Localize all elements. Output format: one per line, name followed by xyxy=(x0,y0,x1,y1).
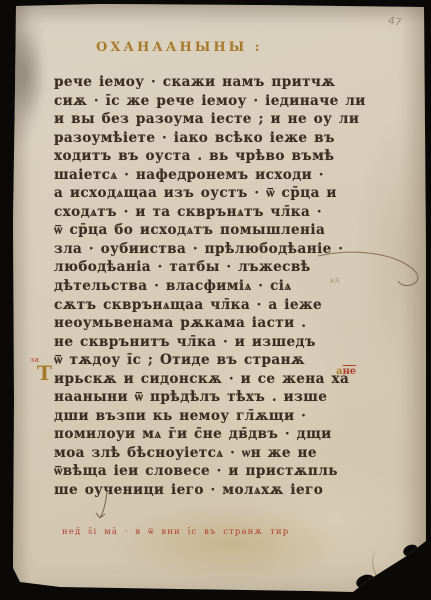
parchment-stain xyxy=(105,500,355,585)
margin-faint-note: кд xyxy=(330,275,341,284)
folio-number: 47 xyxy=(387,15,403,30)
text-line: дши възпи кь немоу гл̄ѫщи · xyxy=(54,407,366,426)
text-line: моа злѣ бѣсноуіетсѧ · ѡн же не xyxy=(54,444,366,463)
margin-zachalo-note: за xyxy=(30,355,40,364)
photo-background: 47 ОХАНААНЫНЫ : рече іемоу · скажи намъ … xyxy=(0,0,431,600)
bottom-lection-rubric: нед̄ ѕ̄і ма̄ · в ѿ вни і̄с въ странѫ тир xyxy=(62,526,289,537)
margin-lection-red-part: не xyxy=(342,366,356,377)
text-line: ѿвѣща іеи словесе · и пристѫпль xyxy=(54,462,366,481)
text-line: нааныни ѿ прѣдѣлъ тѣхъ . изше xyxy=(54,388,366,407)
parchment-hole xyxy=(354,572,376,590)
text-line: сѫтъ скврънѧщаа чл̄ка · а іеже xyxy=(54,296,366,315)
text-line: рече іемоу · скажи намъ притчѫ xyxy=(54,73,366,92)
text-line: а исходѧщаа изъ оустъ · ѿ ср̄ца и xyxy=(54,184,366,203)
text-line: неоумьвенама рѫкама іасти . xyxy=(54,314,366,333)
text-line: ѿ ср̄ца бо исходѧтъ помышленіа xyxy=(54,221,366,240)
text-line: ше оученици іего · молѧхѫ іего xyxy=(54,481,366,500)
text-line: не скврънитъ чл̄ка · и изшедъ xyxy=(54,333,366,352)
manuscript-page: 47 ОХАНААНЫНЫ : рече іемоу · скажи намъ … xyxy=(0,0,431,600)
pencil-doodle xyxy=(367,545,407,594)
text-line: дѣтельства · власфиміѧ · сіѧ xyxy=(54,277,366,296)
text-line: шаіетсѧ · нафедронемъ исходи · xyxy=(54,166,366,185)
text-line: сходѧтъ · и та скврънѧтъ чл̄ка · xyxy=(54,203,366,222)
text-line: ходитъ въ оуста . вь чрѣво въмѣ xyxy=(54,147,366,166)
chapter-heading: ОХАНААНЫНЫ : xyxy=(96,40,263,55)
text-line: сиѫ · і̄с же рече іемоу · іединаче ли xyxy=(54,92,366,111)
text-line: разоумѣіете · іако всѣко іеже въ xyxy=(54,129,366,148)
marginal-initial-letter: Т xyxy=(37,363,52,383)
text-line: ирьскѫ и сидонскѫ · и се жена ха xyxy=(54,370,366,389)
text-line: и вы без разоума іесте ; и не оу ли xyxy=(54,110,366,129)
text-block: рече іемоу · скажи намъ притчѫ сиѫ · і̄с… xyxy=(54,73,366,500)
parchment-stain xyxy=(8,28,44,123)
text-line: помилоуи мѧ г̄и с̄не дв̄двъ · дщи xyxy=(54,425,366,444)
text-line: ѿ тѫдоу і̄с ; Отиде въ странѫ xyxy=(54,351,366,370)
parchment-hole xyxy=(401,542,419,558)
text-line: зла · оубииства · прѣлюбодѣаніе · xyxy=(54,240,366,259)
margin-lection-note: ане xyxy=(336,366,356,377)
text-line: любодѣаніа · татбы · лъжесвѣ xyxy=(54,258,366,277)
